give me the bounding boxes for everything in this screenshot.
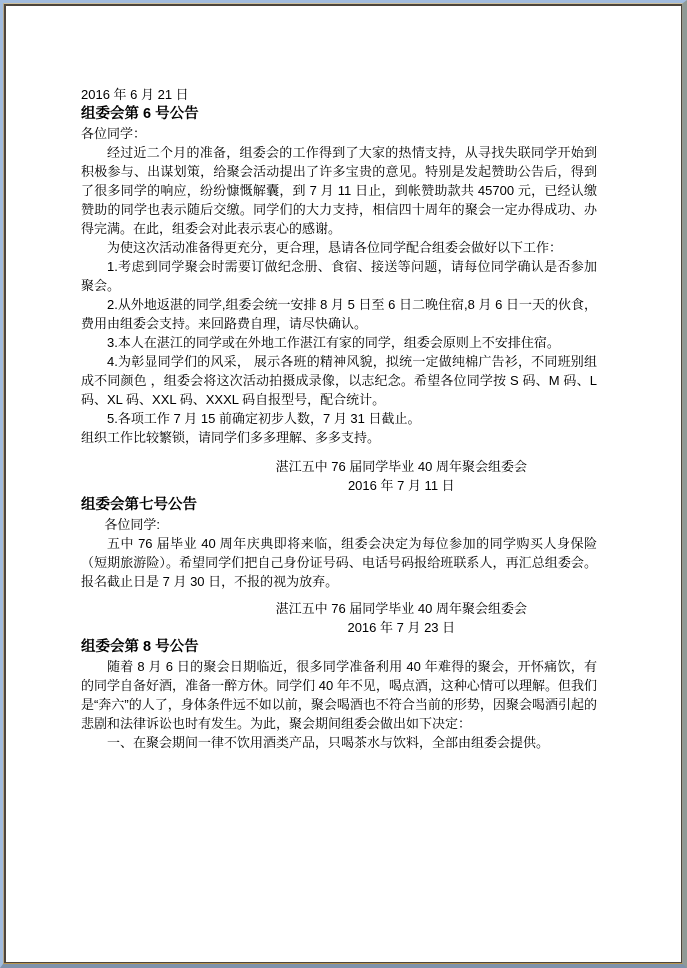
announcement-8-title: 组委会第 8 号公告: [81, 637, 597, 657]
announcement-6-item-1: 1.考虑到同学聚会时需要订做纪念册、食宿、接送等问题，请每位同学确认是否参加聚会…: [81, 257, 597, 295]
announcement-8-paragraph-1: 随着 8 月 6 日的聚会日期临近，很多同学准备利用 40 年难得的聚会，开怀痛…: [81, 657, 597, 733]
signature-date: 2016 年 7 月 11 日: [276, 476, 527, 495]
announcement-6-paragraph-1: 经过近二个月的准备，组委会的工作得到了大家的热情支持，从寻找失联同学开始到积极参…: [81, 143, 597, 238]
page-edge: 2016 年 6 月 21 日 组委会第 6 号公告 各位同学： 经过近二个月的…: [3, 3, 683, 964]
top-date: 2016 年 6 月 21 日: [81, 85, 189, 104]
announcement-7-paragraph-1: 五中 76 届毕业 40 周年庆典即将来临，组委会决定为每位参加的同学购买人身保…: [81, 534, 597, 591]
signature-date: 2016 年 7 月 23 日: [276, 618, 527, 637]
signature-line: 湛江五中 76 届同学毕业 40 周年聚会组委会: [276, 457, 527, 476]
signature-line: 湛江五中 76 届同学毕业 40 周年聚会组委会: [276, 599, 527, 618]
announcement-7-title: 组委会第七号公告: [81, 495, 597, 515]
announcement-7-salutation: 各位同学:: [81, 515, 597, 534]
announcement-6-item-5: 5.各项工作 7 月 15 前确定初步人数，7 月 31 日截止。: [81, 409, 597, 428]
announcement-6-item-2: 2.从外地返湛的同学,组委会统一安排 8 月 5 日至 6 日二晚住宿,8 月 …: [81, 295, 597, 333]
announcement-8-decision-1: 一、在聚会期间一律不饮用酒类产品，只喝茶水与饮料，全部由组委会提供。: [81, 733, 597, 752]
announcement-6-salutation: 各位同学：: [81, 124, 597, 143]
document-page: 2016 年 6 月 21 日 组委会第 6 号公告 各位同学： 经过近二个月的…: [4, 4, 682, 963]
window-frame: 2016 年 6 月 21 日 组委会第 6 号公告 各位同学： 经过近二个月的…: [0, 0, 687, 968]
announcement-6-item-4: 4.为彰显同学们的风采， 展示各班的精神风貌，拟统一定做纯棉广告衫，不同班别组成…: [81, 352, 597, 409]
announcement-6-signature-block: 湛江五中 76 届同学毕业 40 周年聚会组委会 2016 年 7 月 11 日: [276, 457, 527, 495]
announcement-6-item-3: 3.本人在湛江的同学或在外地工作湛江有家的同学，组委会原则上不安排住宿。: [81, 333, 597, 352]
announcement-6-paragraph-2: 为使这次活动准备得更充分，更合理，恳请各位同学配合组委会做好以下工作：: [81, 238, 597, 257]
announcement-6-closing: 组织工作比较繁锁，请同学们多多理解、多多支持。: [81, 428, 597, 447]
announcement-7-signature-block: 湛江五中 76 届同学毕业 40 周年聚会组委会 2016 年 7 月 23 日: [276, 599, 527, 637]
page-content: 2016 年 6 月 21 日 组委会第 6 号公告 各位同学： 经过近二个月的…: [6, 6, 681, 752]
announcement-6-title: 组委会第 6 号公告: [81, 104, 597, 124]
